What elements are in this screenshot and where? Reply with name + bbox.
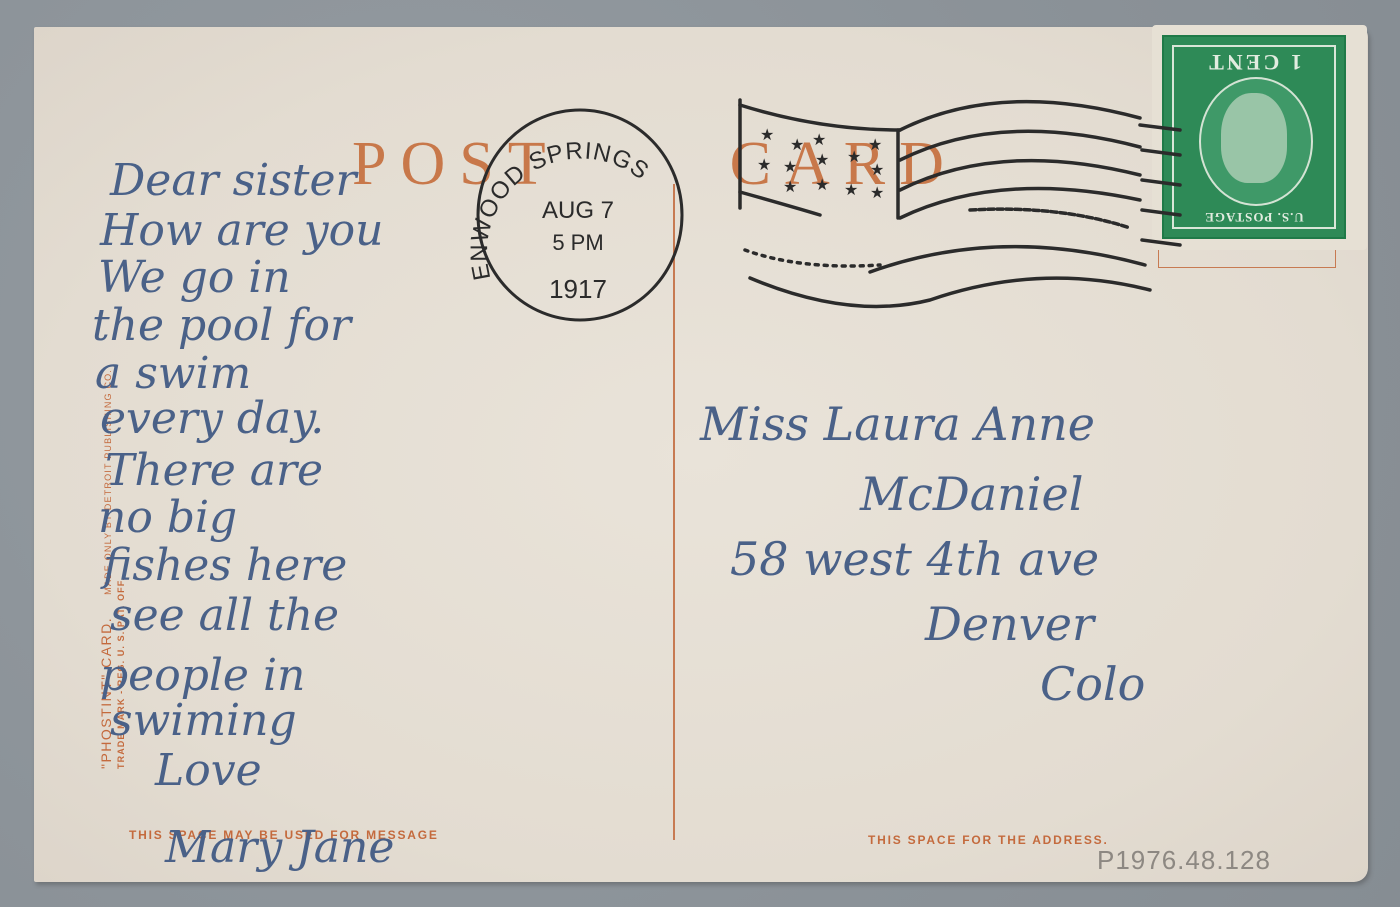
trademark-label: TRADE MARK - REG. U. S. PAT. OFF. — [116, 369, 126, 769]
message-address-divider — [673, 184, 675, 840]
message-space-label: THIS SPACE MAY BE USED FOR MESSAGE — [129, 828, 439, 842]
postcard-back: POSTCARD "PHOSTINT" CARD.MADE ONLY BY DE… — [34, 27, 1368, 882]
address-space-label: THIS SPACE FOR THE ADDRESS. — [868, 833, 1109, 847]
publisher-label: MADE ONLY BY DETROIT PUBLISHING CO. — [103, 369, 113, 595]
franklin-head-icon — [1221, 93, 1287, 183]
stamp-portrait — [1199, 77, 1313, 206]
title-card: CARD — [730, 130, 958, 198]
catalog-number: P1976.48.128 — [1097, 845, 1271, 876]
phostint-label: "PHOSTINT" CARD. — [98, 617, 114, 769]
post-card-title: POSTCARD — [352, 129, 958, 200]
postage-stamp: 1 CENT U.S. POSTAGE — [1152, 25, 1367, 250]
publisher-imprint: "PHOSTINT" CARD.MADE ONLY BY DETROIT PUB… — [98, 369, 126, 769]
title-post: POST — [352, 130, 560, 198]
stamp-denomination: 1 CENT — [1164, 49, 1344, 75]
stamp-postage-text: U.S. POSTAGE — [1164, 209, 1344, 225]
